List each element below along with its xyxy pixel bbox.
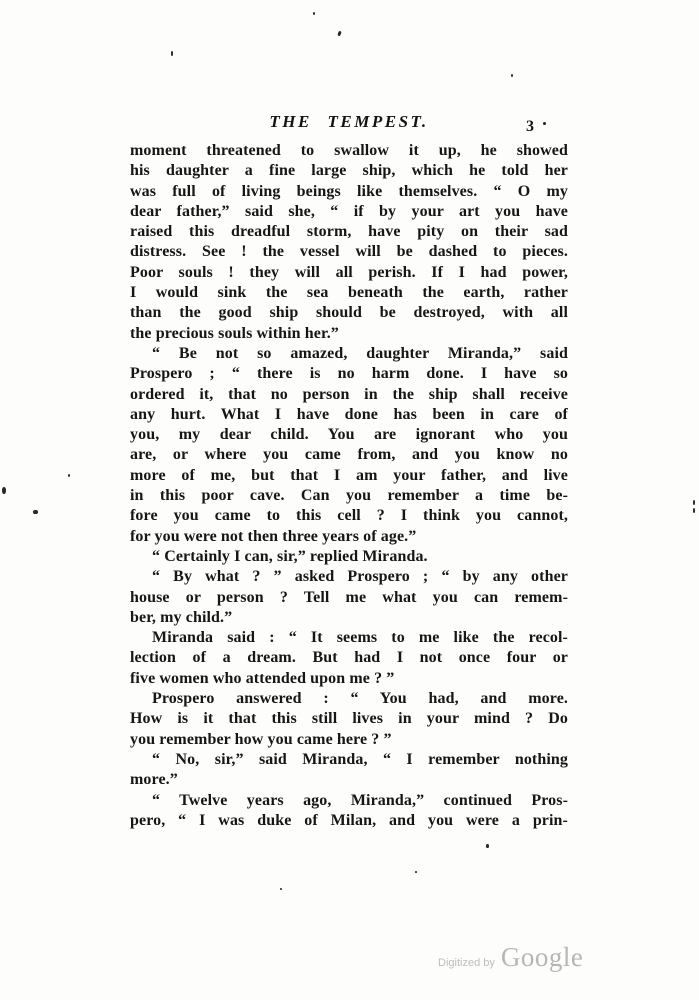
text-line: ordered it, that no person in the ship s…	[130, 385, 568, 405]
text-line: raised this dreadful storm, have pity on…	[130, 222, 568, 242]
text-line: Prospero answered : “ You had, and more.	[130, 689, 568, 709]
page-title: THE TEMPEST.	[269, 112, 428, 131]
watermark: Digitized by Google	[438, 942, 583, 973]
scan-speck	[171, 51, 173, 56]
text-line: more.”	[130, 770, 568, 790]
scan-speck	[280, 888, 282, 890]
page-number-dot-artifact	[543, 122, 546, 125]
scan-speck	[486, 844, 489, 848]
text-line: moment threatened to swallow it up, he s…	[130, 141, 568, 161]
text-line: lection of a dream. But had I not once f…	[130, 648, 568, 668]
running-head: THE TEMPEST.	[130, 112, 568, 132]
watermark-prefix: Digitized by	[438, 957, 495, 969]
text-line: for you were not then three years of age…	[130, 527, 568, 547]
text-line: five women who attended upon me ? ”	[130, 669, 568, 689]
text-line: distress. See ! the vessel will be dashe…	[130, 242, 568, 262]
text-line: “ Certainly I can, sir,” replied Miranda…	[130, 547, 568, 567]
text-line: was full of living beings like themselve…	[130, 182, 568, 202]
scan-speck	[33, 510, 38, 514]
text-line: than the good ship should be destroyed, …	[130, 303, 568, 323]
text-line: I would sink the sea beneath the earth, …	[130, 283, 568, 303]
scan-speck	[693, 500, 695, 505]
text-line: you, my dear child. You are ignorant who…	[130, 425, 568, 445]
scan-speck	[313, 12, 315, 15]
text-line: more of me, but that I am your father, a…	[130, 466, 568, 486]
scan-speck	[415, 871, 417, 873]
text-line: “ No, sir,” said Miranda, “ I remember n…	[130, 750, 568, 770]
text-line: you remember how you came here ? ”	[130, 730, 568, 750]
scan-speck	[693, 508, 695, 513]
text-line: “ Twelve years ago, Miranda,” continued …	[130, 791, 568, 811]
text-line: Miranda said : “ It seems to me like the…	[130, 628, 568, 648]
page-number: 3	[526, 118, 534, 136]
text-line: his daughter a fine large ship, which he…	[130, 161, 568, 181]
text-line: the precious souls within her.”	[130, 324, 568, 344]
scan-speck	[2, 487, 6, 494]
scan-speck	[511, 74, 513, 77]
text-line: Poor souls ! they will all perish. If I …	[130, 263, 568, 283]
text-line: in this poor cave. Can you remember a ti…	[130, 486, 568, 506]
google-logo: Google	[501, 942, 583, 973]
scanned-book-page: { "page": { "header": { "title": "THE TE…	[0, 0, 699, 1000]
text-line: dear father,” said she, “ if by your art…	[130, 202, 568, 222]
text-line: “ By what ? ” asked Prospero ; “ by any …	[130, 567, 568, 587]
text-line: are, or where you came from, and you kno…	[130, 445, 568, 465]
text-line: pero, “ I was duke of Milan, and you wer…	[130, 811, 568, 831]
scan-speck	[68, 474, 70, 477]
text-line: house or person ? Tell me what you can r…	[130, 588, 568, 608]
text-line: Prospero ; “ there is no harm done. I ha…	[130, 364, 568, 384]
scan-speck	[337, 31, 342, 37]
text-line: ber, my child.”	[130, 608, 568, 628]
text-line: “ Be not so amazed, daughter Miranda,” s…	[130, 344, 568, 364]
text-line: How is it that this still lives in your …	[130, 709, 568, 729]
text-line: any hurt. What I have done has been in c…	[130, 405, 568, 425]
text-block: moment threatened to swallow it up, he s…	[130, 141, 568, 831]
text-line: fore you came to this cell ? I think you…	[130, 506, 568, 526]
